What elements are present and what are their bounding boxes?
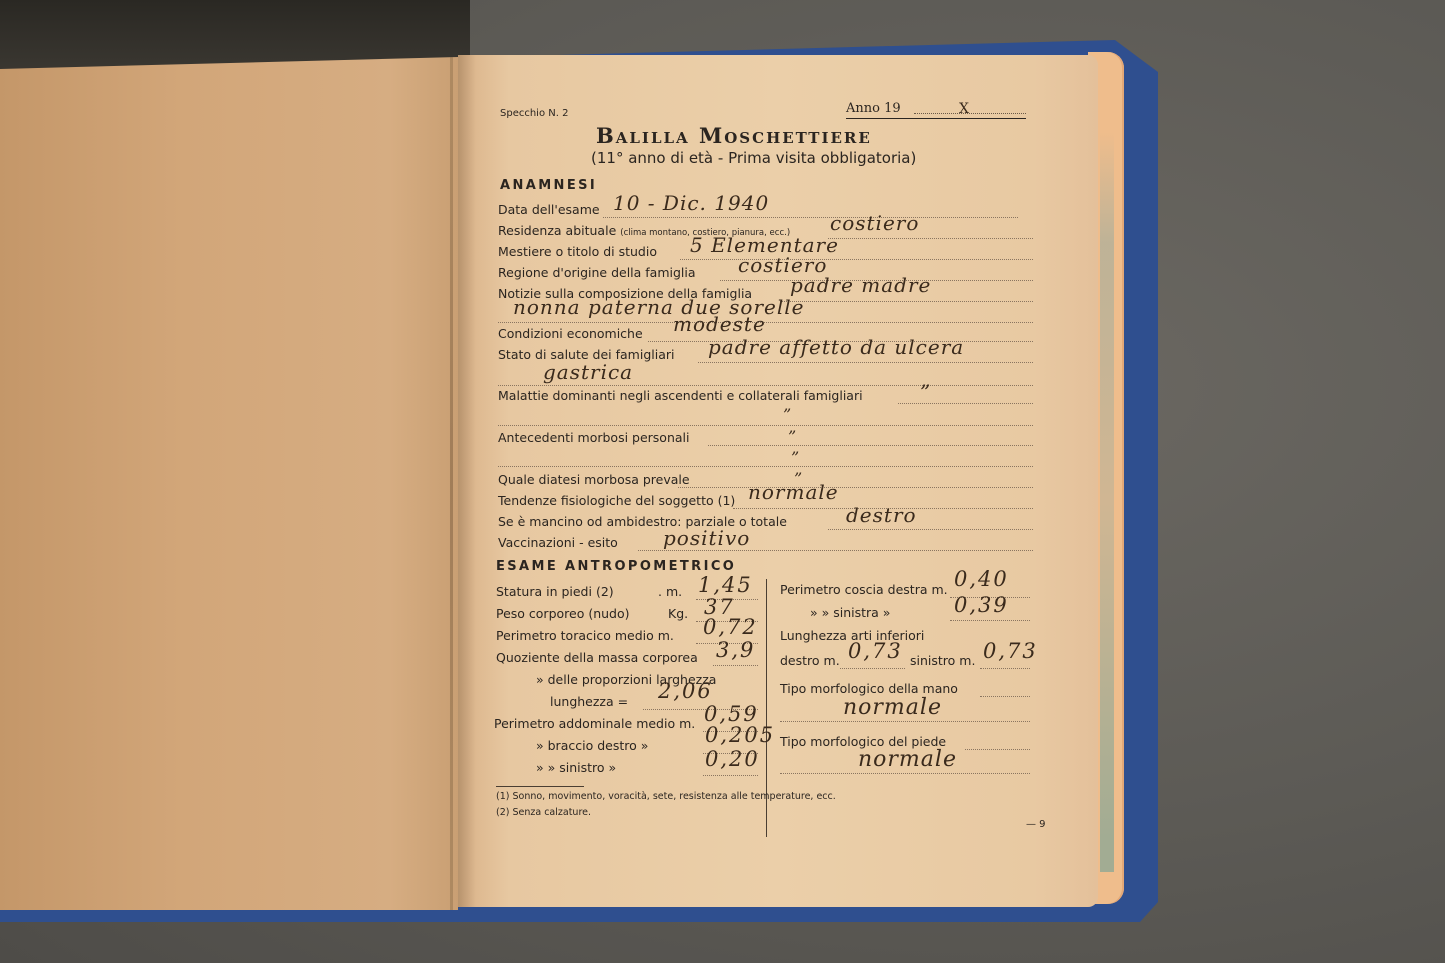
specchio-label: Specchio N. 2 (500, 108, 568, 119)
value-coscia-sinistra: 0,39 (954, 593, 1009, 617)
footnote-rule (496, 786, 584, 787)
dotline (498, 425, 1033, 426)
dotline (780, 773, 1030, 774)
footnote-1: (1) Sonno, movimento, voracità, sete, re… (496, 791, 836, 802)
dotline (828, 238, 1033, 239)
field-label-diatesi: Quale diatesi morbosa prevale (498, 472, 690, 487)
value-tipo-mano: normale (843, 695, 942, 720)
residenza-label-text: Residenza abituale (498, 223, 616, 238)
label-coscia-destra: Perimetro coscia destra m. (780, 582, 948, 597)
dotline (498, 385, 1033, 386)
anno-label: Anno 19 (846, 101, 901, 116)
label-braccio-destro: » braccio destro » (536, 738, 648, 753)
left-page-blank (0, 57, 458, 910)
dotline (703, 775, 758, 776)
dotline (840, 668, 905, 669)
field-label-mestiere: Mestiere o titolo di studio (498, 244, 657, 259)
field-value-vaccinazioni: positivo (663, 526, 750, 550)
page-tab-strip (1100, 132, 1114, 872)
field-value-stato-salute: padre affetto da ulcera (708, 335, 964, 359)
value-braccio-sinistro: 0,20 (705, 747, 760, 771)
esame-heading: ESAME ANTROPOMETRICO (496, 559, 736, 574)
dotline (898, 403, 1033, 404)
field-value-malattie: ” (920, 380, 931, 404)
dotline (965, 749, 1030, 750)
label-lunghezza: lunghezza = (550, 694, 628, 709)
field-label-condizioni: Condizioni economiche (498, 326, 643, 341)
label-arto-destro: destro m. (780, 653, 840, 668)
value-perimetro-toracico: 0,72 (703, 615, 758, 639)
dotline (708, 445, 1033, 446)
right-page-form: Specchio N. 2 Anno 19 X Balilla Moschett… (458, 55, 1098, 907)
field-value-data-esame: 10 - Dic. 1940 (613, 191, 769, 215)
dotline (780, 721, 1030, 722)
field-label-data-esame: Data dell'esame (498, 202, 600, 217)
footnote-2: (2) Senza calzature. (496, 807, 591, 818)
dotline (713, 665, 758, 666)
field-value-mancino: destro (846, 503, 917, 527)
label-quoziente: Quoziente della massa corporea (496, 650, 698, 665)
unit-peso: Kg. (668, 606, 688, 621)
page-number: — 9 (1026, 819, 1046, 830)
field-label-malattie: Malattie dominanti negli ascendenti e co… (498, 388, 863, 403)
anamnesi-heading: ANAMNESI (500, 178, 597, 193)
dotline (980, 696, 1030, 697)
field-label-antecedenti: Antecedenti morbosi personali (498, 430, 689, 445)
form-title: Balilla Moschettiere (596, 123, 872, 148)
unit-statura: . m. (658, 584, 682, 599)
value-coscia-destra: 0,40 (954, 567, 1009, 591)
dotline (780, 301, 1033, 302)
gutter-shadow (458, 55, 476, 907)
field-value-condizioni: modeste (673, 312, 766, 336)
value-statura: 1,45 (698, 573, 753, 597)
label-peso: Peso corporeo (nudo) (496, 606, 630, 621)
field-value-residenza: costiero (830, 211, 919, 235)
form-subtitle: (11° anno di età - Prima visita obbligat… (591, 149, 916, 167)
field-value-stato-salute-line2: gastrica (543, 360, 633, 384)
value-arto-destro: 0,73 (848, 639, 903, 663)
label-tipo-mano: Tipo morfologico della mano (780, 681, 958, 696)
field-value-antecedenti-line2: ” (791, 448, 800, 467)
anno-value: X (959, 101, 970, 117)
value-arto-sinistro: 0,73 (983, 639, 1038, 663)
value-quoziente: 3,9 (716, 638, 755, 662)
dotline (680, 259, 1033, 260)
field-label-vaccinazioni: Vaccinazioni - esito (498, 535, 618, 550)
field-value-tendenze: normale (748, 480, 839, 504)
value-braccio-destro: 0,205 (705, 723, 775, 747)
anno-field: Anno 19 X (846, 101, 1026, 119)
label-perimetro-addominale: Perimetro addominale medio m. (494, 716, 695, 731)
dotline (498, 466, 1033, 467)
field-value-malattie-line2: ” (783, 405, 792, 424)
field-label-regione: Regione d'origine della famiglia (498, 265, 696, 280)
label-coscia-sinistra: » » sinistra » (810, 605, 890, 620)
label-arto-sinistro: sinistro m. (910, 653, 975, 668)
value-lunghezza: 2,06 (658, 679, 713, 703)
label-braccio-sinistro: » » sinistro » (536, 760, 616, 775)
dotline (980, 668, 1030, 669)
dotline (828, 529, 1033, 530)
dotline (678, 487, 1033, 488)
field-value-antecedenti: ” (788, 427, 797, 446)
binding-stitch (450, 57, 453, 910)
dotline (698, 362, 1033, 363)
field-label-tendenze: Tendenze fisiologiche del soggetto (1) (498, 493, 735, 508)
anno-dotline (914, 113, 1026, 114)
value-tipo-piede: normale (858, 747, 957, 772)
label-perimetro-toracico: Perimetro toracico medio m. (496, 628, 674, 643)
dotline (950, 620, 1030, 621)
field-value-notizie: padre madre (790, 273, 931, 297)
dotline (603, 217, 1018, 218)
label-statura: Statura in piedi (2) (496, 584, 614, 599)
dotline (638, 550, 1033, 551)
